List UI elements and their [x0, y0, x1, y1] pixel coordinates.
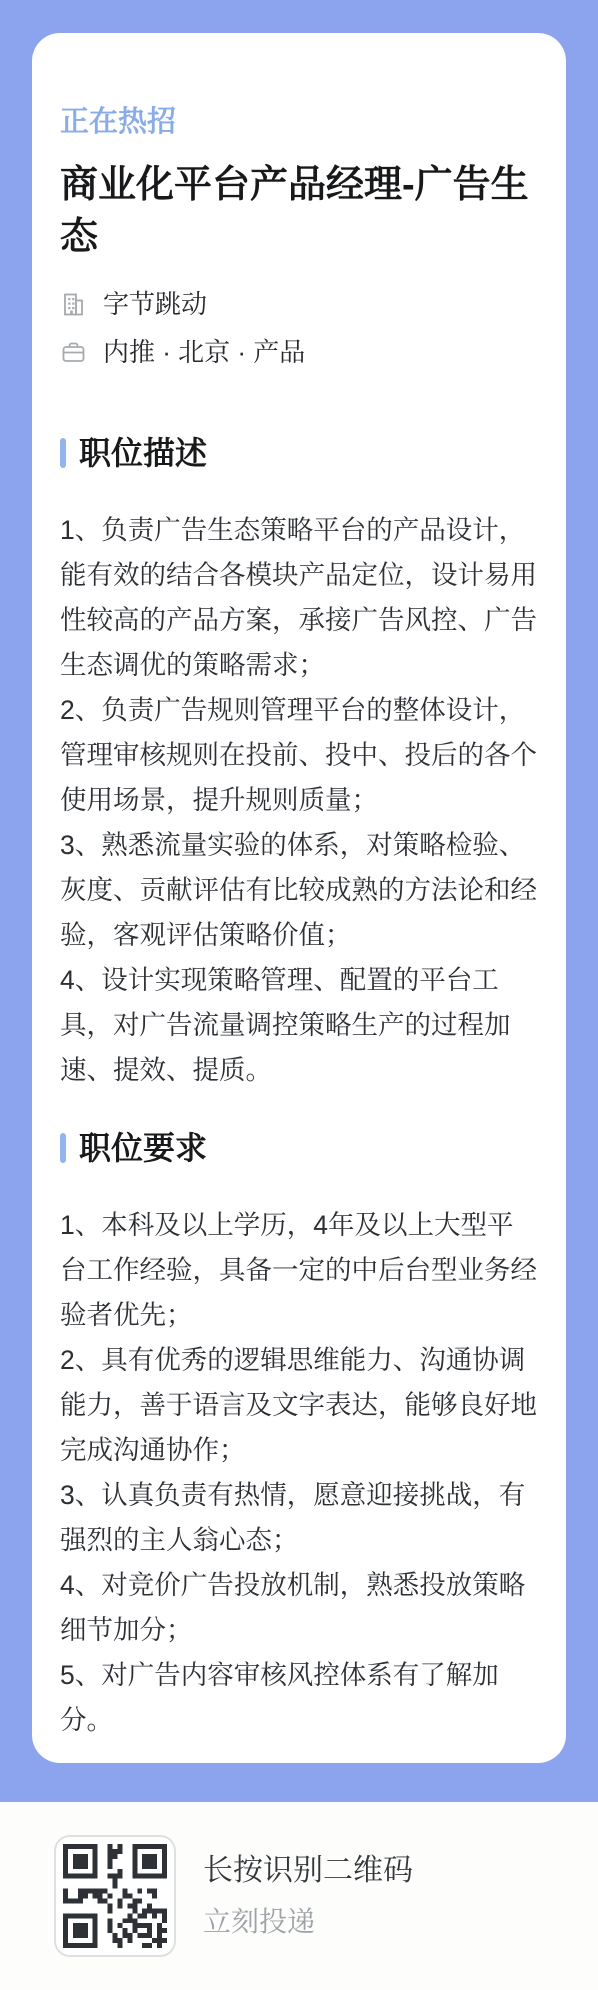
section-title: 职位描述 [79, 435, 207, 471]
job-meta-row: 内推 · 北京 · 产品 [60, 335, 538, 369]
job-title: 商业化平台产品经理-广告生态 [60, 159, 538, 263]
apply-now-label: 立刻投递 [203, 1906, 413, 1938]
section-job-description: 职位描述 1、负责广告生态策略平台的产品设计，能有效的结合各模块产品定位，设计易… [60, 435, 538, 1093]
company-row: 字节跳动 [60, 287, 538, 321]
section-job-requirements: 职位要求 1、本科及以上学历，4年及以上大型平台工作经验，具备一定的中后台型业务… [60, 1130, 538, 1743]
job-meta: 内推 · 北京 · 产品 [103, 335, 305, 369]
job-description-body: 1、负责广告生态策略平台的产品设计，能有效的结合各模块产品定位，设计易用性较高的… [60, 508, 538, 1093]
footer-bar: 长按识别二维码 立刻投递 [0, 1802, 598, 1990]
section-heading-row: 职位要求 [60, 1130, 538, 1166]
requirement-item: 4、对竞价广告投放机制，熟悉投放策略细节加分； [60, 1563, 538, 1653]
company-name: 字节跳动 [103, 287, 207, 321]
requirement-item: 5、对广告内容审核风控体系有了解加分。 [60, 1653, 538, 1743]
accent-bar [60, 438, 66, 468]
hot-hiring-label: 正在热招 [60, 105, 538, 139]
description-item: 3、熟悉流量实验的体系，对策略检验、灰度、贡献评估有比较成熟的方法论和经验，客观… [60, 823, 538, 958]
requirement-item: 3、认真负责有热情，愿意迎接挑战，有强烈的主人翁心态； [60, 1473, 538, 1563]
requirement-item: 1、本科及以上学历，4年及以上大型平台工作经验，具备一定的中后台型业务经验者优先… [60, 1203, 538, 1338]
section-title: 职位要求 [79, 1130, 207, 1166]
footer-text-block: 长按识别二维码 立刻投递 [203, 1854, 413, 1938]
description-item: 1、负责广告生态策略平台的产品设计，能有效的结合各模块产品定位，设计易用性较高的… [60, 508, 538, 688]
qr-hint-label: 长按识别二维码 [203, 1854, 413, 1888]
job-card: 正在热招 商业化平台产品经理-广告生态 字节跳动 [32, 33, 566, 1763]
section-heading-row: 职位描述 [60, 435, 538, 471]
briefcase-icon [60, 339, 87, 366]
building-icon [60, 291, 87, 318]
description-item: 2、负责广告规则管理平台的整体设计，管理审核规则在投前、投中、投后的各个使用场景… [60, 688, 538, 823]
qr-code[interactable] [54, 1835, 176, 1957]
accent-bar [60, 1133, 66, 1163]
job-requirements-body: 1、本科及以上学历，4年及以上大型平台工作经验，具备一定的中后台型业务经验者优先… [60, 1203, 538, 1743]
description-item: 4、设计实现策略管理、配置的平台工具，对广告流量调控策略生产的过程加速、提效、提… [60, 958, 538, 1093]
requirement-item: 2、具有优秀的逻辑思维能力、沟通协调能力，善于语言及文字表达，能够良好地完成沟通… [60, 1338, 538, 1473]
